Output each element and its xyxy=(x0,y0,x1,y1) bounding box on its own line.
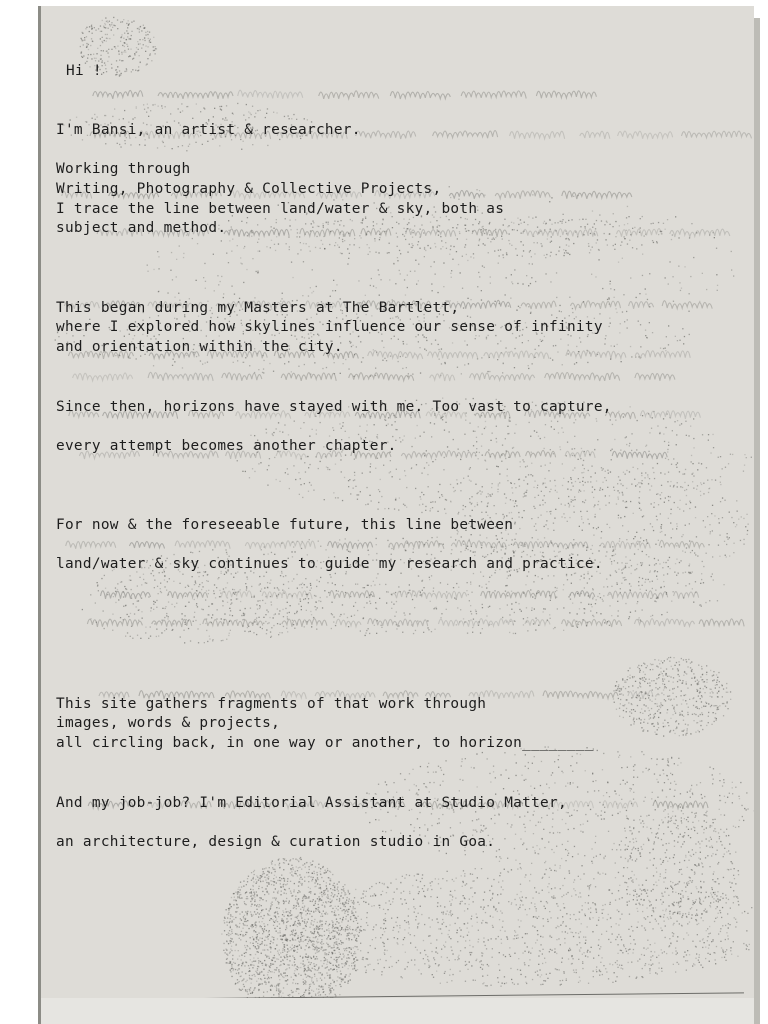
text-line: every attempt becomes another chapter. xyxy=(56,437,397,457)
text-line: land/water & sky continues to guide my r… xyxy=(56,555,603,575)
graphite-rubbing-texture xyxy=(41,6,754,1024)
text-line: For now & the foreseeable future, this l… xyxy=(56,516,513,536)
greeting: Hi ! xyxy=(66,62,102,82)
text-line: subject and method. xyxy=(56,219,226,239)
text-line: where I explored how skylines influence … xyxy=(56,318,603,338)
text-line: an architecture, design & curation studi… xyxy=(56,833,495,853)
text-line: This site gathers fragments of that work… xyxy=(56,695,486,715)
text-line: This began during my Masters at The Bart… xyxy=(56,299,459,319)
text-line: Since then, horizons have stayed with me… xyxy=(56,398,612,418)
text-line: all circling back, in one way or another… xyxy=(56,734,594,754)
typed-letter: Hi ! I'm Bansi, an artist & researcher. … xyxy=(56,6,92,515)
intro-line: I'm Bansi, an artist & researcher. xyxy=(56,121,361,141)
text-line: I trace the line between land/water & sk… xyxy=(56,200,504,220)
text-line: and orientation within the city. xyxy=(56,338,343,358)
text-line: Working through xyxy=(56,160,190,180)
text-line: And my job-job? I'm Editorial Assistant … xyxy=(56,794,567,814)
paper-sheet: Hi ! I'm Bansi, an artist & researcher. … xyxy=(38,6,754,1024)
paper-bottom-strip xyxy=(41,998,754,1024)
text-line: images, words & projects, xyxy=(56,714,280,734)
text-line: Writing, Photography & Collective Projec… xyxy=(56,180,441,200)
